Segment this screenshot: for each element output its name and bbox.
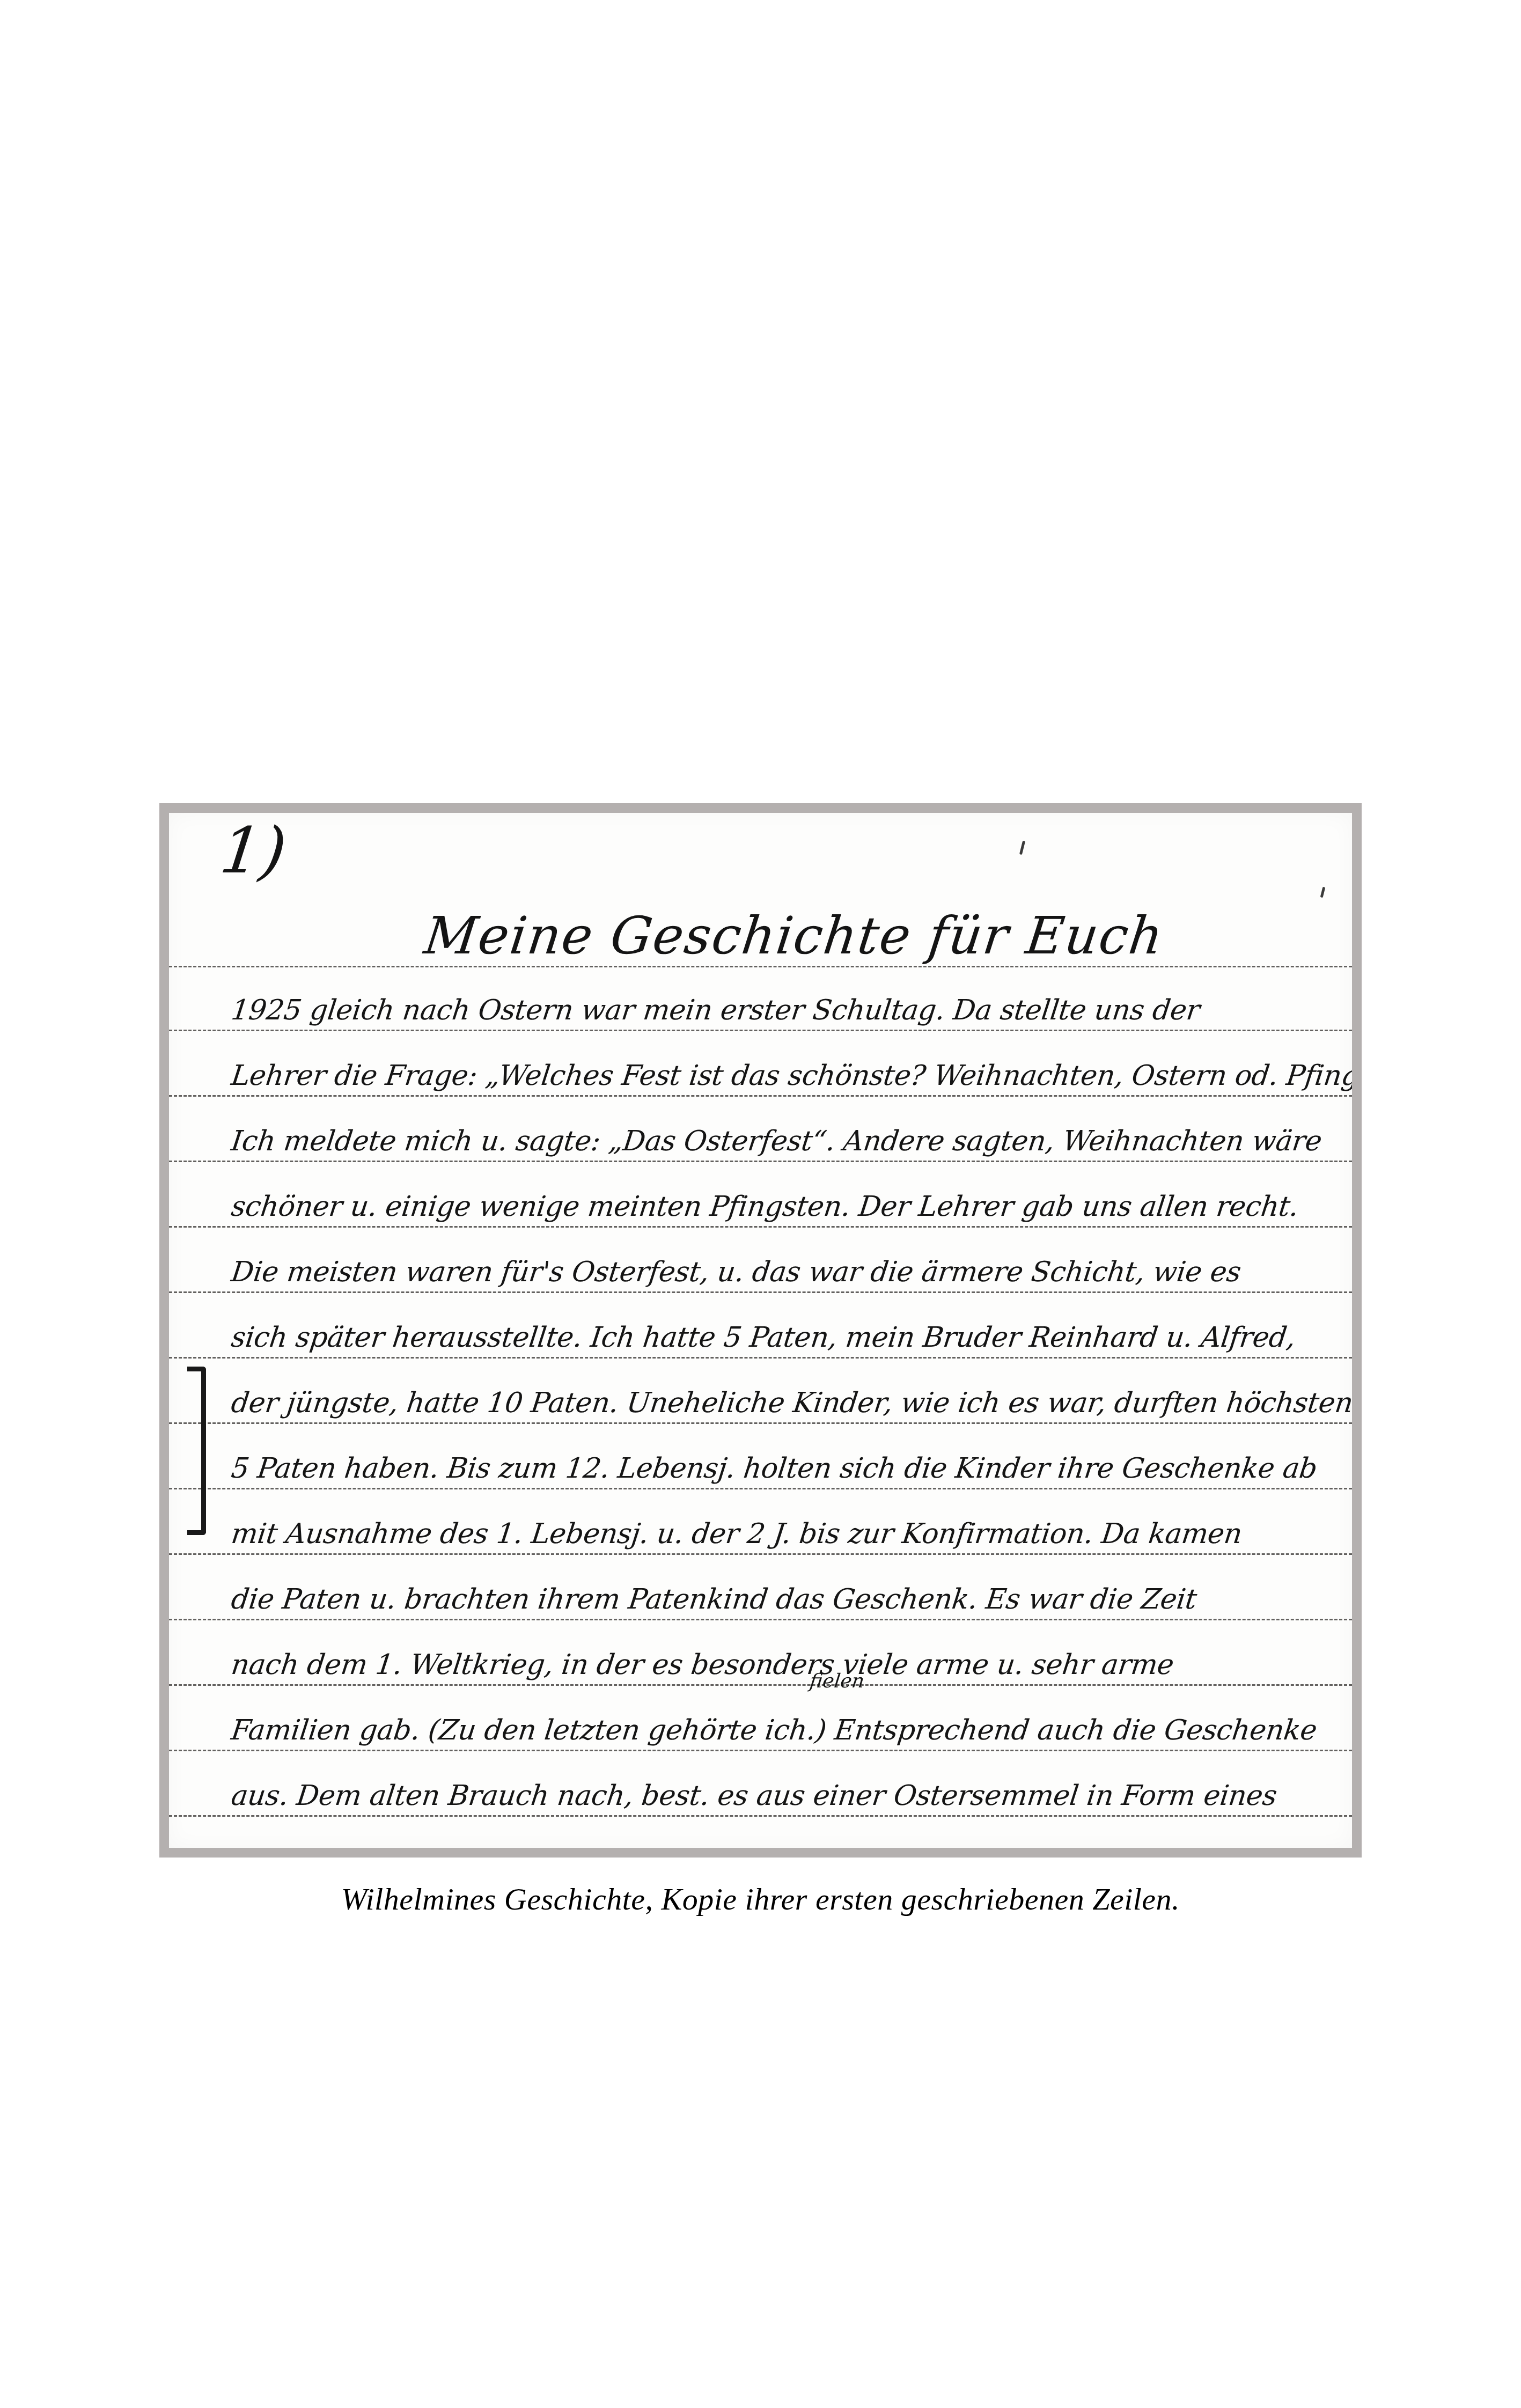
manuscript-line-text: aus. Dem alten Brauch nach, best. es aus… — [169, 1781, 1278, 1815]
manuscript-line-text: nach dem 1. Weltkrieg, in der es besonde… — [169, 1650, 1175, 1684]
manuscript-line-text: schöner u. einige wenige meinten Pfingst… — [169, 1192, 1300, 1226]
manuscript-title: Meine Geschichte für Euch — [421, 906, 1167, 966]
manuscript-line: Lehrer die Frage: „Welches Fest ist das … — [169, 1033, 1352, 1097]
manuscript-line: 1925 gleich nach Ostern war mein erster … — [169, 968, 1352, 1031]
manuscript-line: sich später herausstellte. Ich hatte 5 P… — [169, 1295, 1352, 1359]
scan-artifact — [1320, 887, 1326, 898]
margin-bracket-mark — [187, 1367, 206, 1535]
manuscript-line-text: die Paten u. brachten ihrem Patenkind da… — [169, 1585, 1198, 1619]
inserted-word: fielen — [809, 1670, 865, 1692]
manuscript-line-text: mit Ausnahme des 1. Lebensj. u. der 2 J.… — [169, 1519, 1244, 1553]
handwritten-page-number: 1) — [216, 813, 291, 889]
manuscript-line: 5 Paten haben. Bis zum 12. Lebensj. holt… — [169, 1426, 1352, 1489]
manuscript-line: schöner u. einige wenige meinten Pfingst… — [169, 1164, 1352, 1228]
manuscript-line-text: sich später herausstellte. Ich hatte 5 P… — [169, 1323, 1297, 1357]
manuscript-line-text: Lehrer die Frage: „Welches Fest ist das … — [169, 1061, 1352, 1095]
manuscript-line: nach dem 1. Weltkrieg, in der es besonde… — [169, 1623, 1352, 1686]
manuscript-line-text: Ich meldete mich u. sagte: „Das Osterfes… — [169, 1127, 1324, 1161]
manuscript-line: die Paten u. brachten ihrem Patenkind da… — [169, 1557, 1352, 1620]
manuscript-line-text: Die meisten waren für's Osterfest, u. da… — [169, 1258, 1243, 1291]
manuscript-line: Ich meldete mich u. sagte: „Das Osterfes… — [169, 1099, 1352, 1162]
manuscript-scan: 1) Meine Geschichte für Euch 1925 gleich… — [159, 803, 1362, 1858]
manuscript-line: der jüngste, hatte 10 Paten. Uneheliche … — [169, 1361, 1352, 1424]
manuscript-line-text: der jüngste, hatte 10 Paten. Uneheliche … — [169, 1389, 1352, 1422]
manuscript-line: Familien gab. (Zu den letzten gehörte ic… — [169, 1688, 1352, 1751]
figure-caption: Wilhelmines Geschichte, Kopie ihrer erst… — [0, 1881, 1521, 1917]
manuscript-line-text: 5 Paten haben. Bis zum 12. Lebensj. holt… — [169, 1454, 1319, 1488]
manuscript-line-text: Familien gab. (Zu den letzten gehörte ic… — [169, 1716, 1318, 1750]
ruled-line — [169, 966, 1352, 967]
manuscript-page: 1) Meine Geschichte für Euch 1925 gleich… — [169, 813, 1352, 1848]
manuscript-line: aus. Dem alten Brauch nach, best. es aus… — [169, 1753, 1352, 1817]
manuscript-line: Die meisten waren für's Osterfest, u. da… — [169, 1230, 1352, 1293]
manuscript-title-row: Meine Geschichte für Euch — [421, 845, 1226, 966]
manuscript-line: mit Ausnahme des 1. Lebensj. u. der 2 J.… — [169, 1492, 1352, 1555]
manuscript-line-text: 1925 gleich nach Ostern war mein erster … — [169, 996, 1201, 1030]
